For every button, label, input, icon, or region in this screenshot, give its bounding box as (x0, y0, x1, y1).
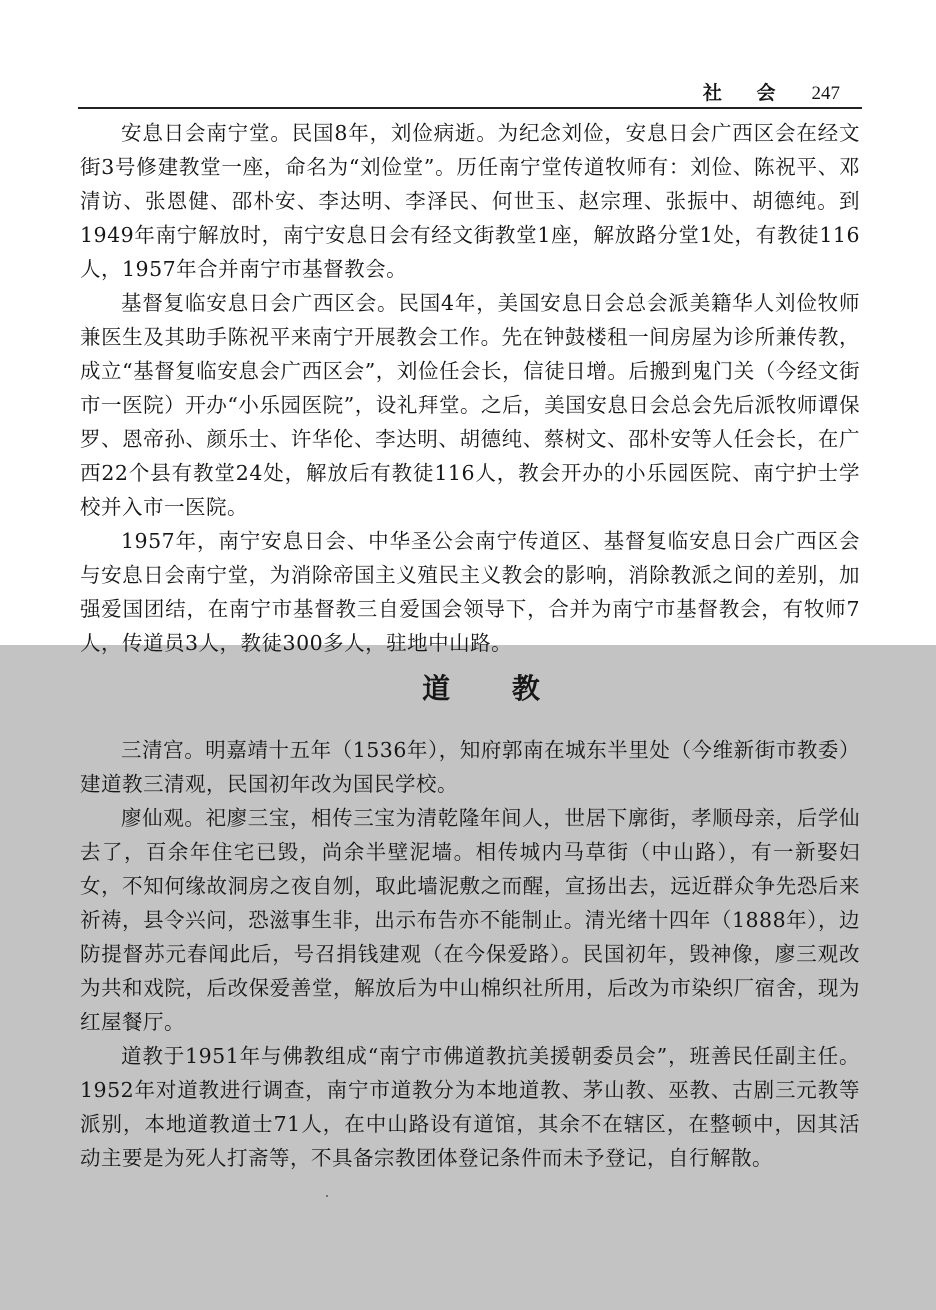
paragraph-guangxi-conference: 基督复临安息日会广西区会。民国4年，美国安息日会总会派美籍华人刘俭牧师兼医生及其… (80, 286, 860, 524)
section-title-taoism: 道 教 (0, 667, 936, 707)
running-header: 社 会 247 (703, 78, 840, 105)
page-number: 247 (812, 83, 841, 105)
scan-speck (326, 1195, 328, 1197)
christianity-section: 安息日会南宁堂。民国8年，刘俭病逝。为纪念刘俭，安息日会广西区会在经文街3号修建… (80, 116, 860, 660)
paragraph-sanqing-palace: 三清宫。明嘉靖十五年（1536年），知府郭南在城东半里处（今维新街市教委）建道教… (80, 733, 860, 801)
header-rule (78, 107, 862, 109)
running-header-section: 社 会 (703, 78, 790, 105)
taoism-section: 三清宫。明嘉靖十五年（1536年），知府郭南在城东半里处（今维新街市教委）建道教… (80, 733, 860, 1175)
paragraph-1957-merger: 1957年，南宁安息日会、中华圣公会南宁传道区、基督复临安息日会广西区会与安息日… (80, 524, 860, 660)
paragraph-seventh-day-adventist-nanning: 安息日会南宁堂。民国8年，刘俭病逝。为纪念刘俭，安息日会广西区会在经文街3号修建… (80, 116, 860, 286)
paragraph-liaoxian-temple: 廖仙观。祀廖三宝，相传三宝为清乾隆年间人，世居下廓街，孝顺母亲，后学仙去了，百余… (80, 801, 860, 1039)
paragraph-taoism-1951: 道教于1951年与佛教组成“南宁市佛道教抗美援朝委员会”，班善民任副主任。195… (80, 1039, 860, 1175)
